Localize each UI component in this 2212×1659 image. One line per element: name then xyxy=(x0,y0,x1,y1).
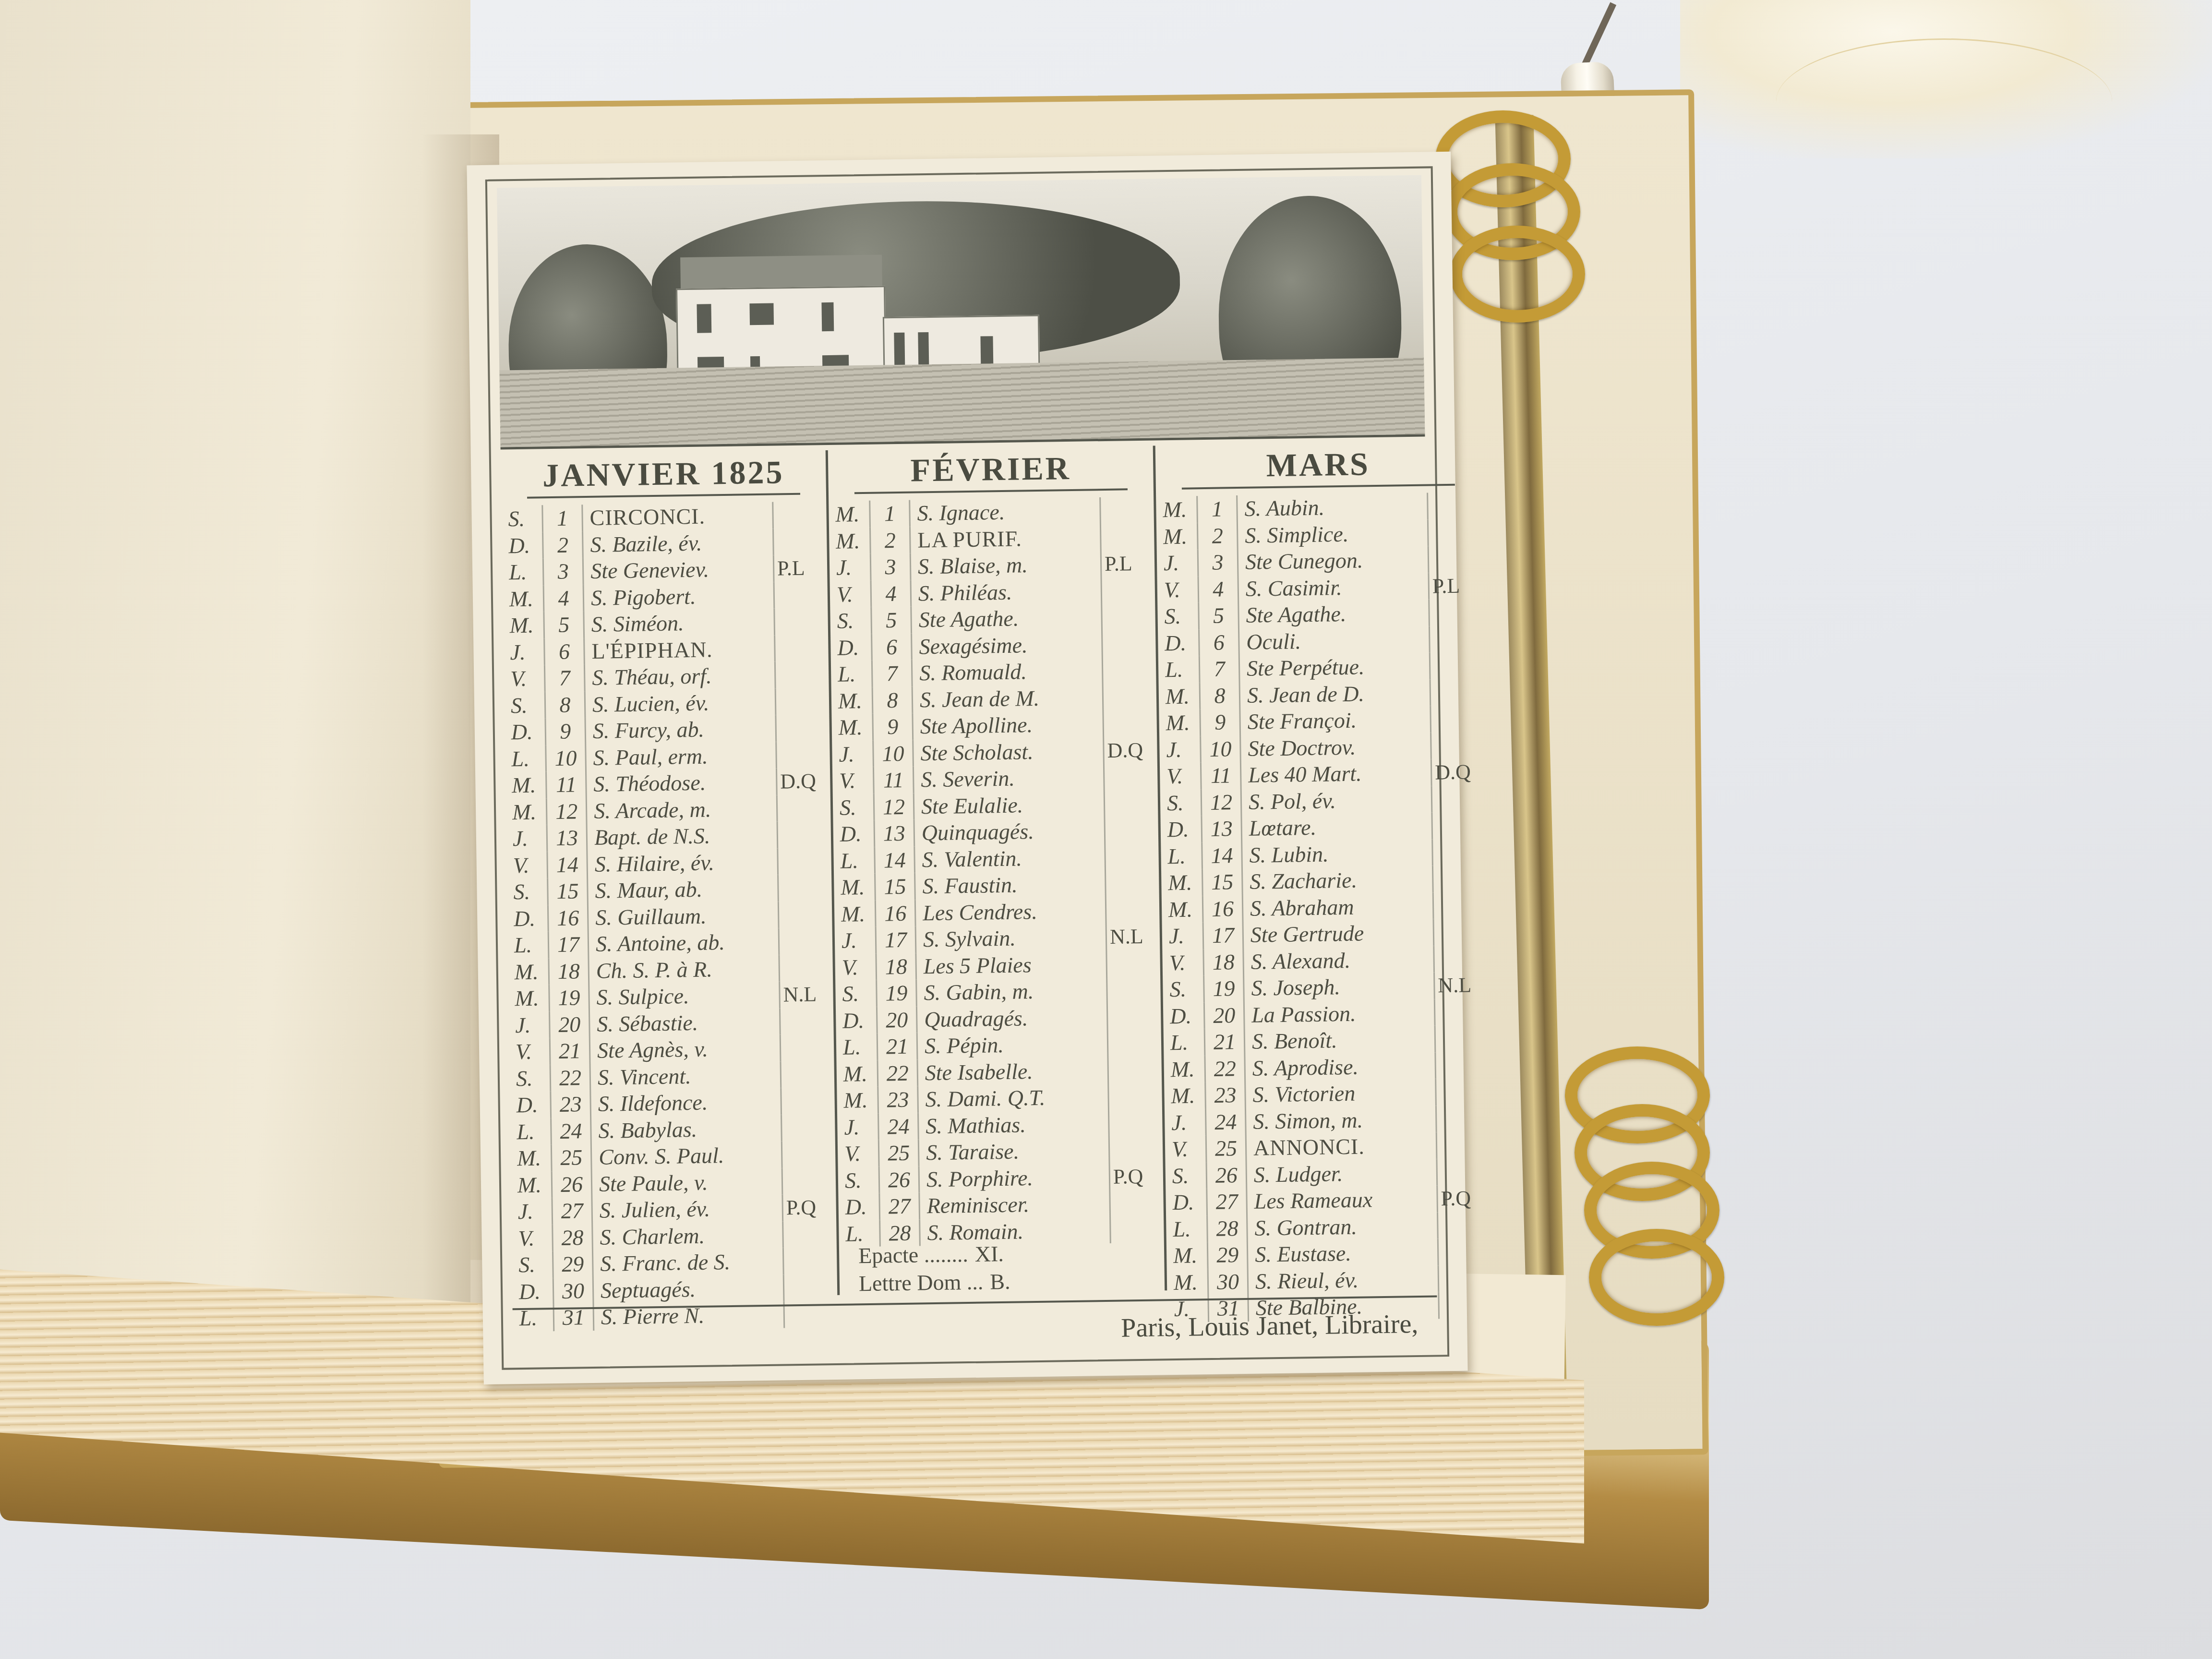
saint-name: S. Eustase. xyxy=(1248,1238,1439,1268)
moon-phase xyxy=(1102,603,1149,631)
epacte-note: Epacte ........XI. xyxy=(858,1240,1010,1270)
note-label: Epacte ........ xyxy=(858,1242,968,1268)
day-row: J.27S. Julien, év.P.Q xyxy=(517,1194,829,1225)
day-row: D.6Oculi. xyxy=(1165,625,1477,657)
day-number: 22 xyxy=(877,1059,918,1087)
weekday-letter: L. xyxy=(514,931,548,958)
saint-name: S. Paul, erm. xyxy=(586,742,777,771)
saint-name: CIRCONCI. xyxy=(583,502,774,531)
moon-phase xyxy=(775,608,821,635)
weekday-letter: D. xyxy=(837,634,871,661)
day-row: S.5Ste Agathe. xyxy=(1164,599,1476,630)
saint-name: S. Babylas. xyxy=(591,1115,782,1144)
day-row: M.9Ste Apolline. xyxy=(838,710,1150,741)
weekday-letter: M. xyxy=(509,612,543,638)
weekday-letter: L. xyxy=(517,1118,551,1145)
weekday-letter: V. xyxy=(1164,576,1198,603)
day-number: 11 xyxy=(873,767,914,794)
moon-phase xyxy=(1439,1265,1486,1292)
moon-phase: P.L xyxy=(774,554,821,582)
day-row: V.4S. Casimir.P.L xyxy=(1164,572,1476,603)
moon-phase xyxy=(776,688,823,715)
moon-phase xyxy=(778,821,825,848)
day-row: S.29S. Franc. de S. xyxy=(518,1247,830,1278)
saint-name: Ste Gertrude xyxy=(1244,919,1435,948)
saint-name: S. Franc. de S. xyxy=(593,1248,784,1277)
engraving-roof xyxy=(680,254,882,291)
moon-phase xyxy=(1436,1025,1482,1052)
moon-phase xyxy=(1431,679,1478,706)
weekday-letter: J. xyxy=(515,1011,549,1038)
moon-phase xyxy=(776,661,822,688)
saint-name: Ste Agathe. xyxy=(912,604,1103,633)
weekday-letter: V. xyxy=(1169,949,1203,976)
day-row: J.10Ste Scholast.D.Q xyxy=(839,736,1151,768)
moon-phase xyxy=(1111,1216,1157,1243)
day-number: 28 xyxy=(552,1224,593,1251)
day-row: J.13Bapt. de N.S. xyxy=(513,821,825,852)
moon-phase xyxy=(1437,1105,1483,1132)
day-number: 9 xyxy=(872,713,914,741)
day-number: 17 xyxy=(1202,922,1244,949)
day-row: D.27Reminiscer. xyxy=(845,1190,1157,1221)
weekday-letter: M. xyxy=(841,900,875,927)
day-number: 17 xyxy=(875,926,917,954)
weekday-letter: J. xyxy=(1171,1109,1205,1136)
saint-name: S. Severin. xyxy=(914,764,1105,793)
moon-phase xyxy=(1110,1136,1156,1164)
weekday-letter: J. xyxy=(1169,922,1203,949)
moon-phase: P.L xyxy=(1102,550,1148,577)
day-number: 25 xyxy=(878,1139,920,1166)
weekday-letter: S. xyxy=(845,1166,879,1193)
day-number: 22 xyxy=(550,1064,591,1092)
day-row: M.5S. Siméon. xyxy=(509,608,821,639)
moon-phase xyxy=(1431,732,1478,759)
moon-phase xyxy=(1430,599,1476,626)
weekday-letter: S. xyxy=(840,793,874,820)
weekday-letter: S. xyxy=(1172,1162,1206,1189)
weekday-letter: D. xyxy=(519,1278,553,1305)
saint-name: S. Abraham xyxy=(1243,892,1434,922)
saint-name: S. Jean de D. xyxy=(1240,679,1431,709)
day-number: 23 xyxy=(550,1091,591,1118)
day-number: 14 xyxy=(1201,842,1243,869)
weekday-letter: M. xyxy=(517,1171,552,1198)
day-row: L.10S. Paul, erm. xyxy=(511,741,823,772)
weekday-letter: D. xyxy=(845,1193,879,1220)
saint-name: Les Cendres. xyxy=(916,897,1107,926)
day-number: 27 xyxy=(551,1197,593,1225)
saint-name: Reminiscer. xyxy=(920,1190,1111,1219)
day-row: M.29S. Eustase. xyxy=(1173,1238,1485,1269)
saint-name: S. Simplice. xyxy=(1238,519,1429,549)
day-row: S.26S. Porphire.P.Q xyxy=(845,1163,1157,1194)
day-row: D.13Quinquagés. xyxy=(840,817,1152,848)
saint-name: S. Aubin. xyxy=(1238,493,1429,522)
day-number: 18 xyxy=(548,958,589,985)
day-number: 11 xyxy=(1200,762,1242,789)
day-number: 6 xyxy=(871,633,913,661)
saint-name: Les 5 Plaies xyxy=(916,950,1107,979)
moon-phase xyxy=(777,741,823,769)
saint-name: Bapt. de N.S. xyxy=(588,822,779,851)
day-row: M.15S. Faustin. xyxy=(841,870,1153,901)
saint-name: Septuagés. xyxy=(594,1274,785,1304)
moon-phase xyxy=(1428,492,1475,519)
moon-phase xyxy=(775,581,821,609)
moon-phase xyxy=(1109,1083,1155,1110)
moon-phase: D.Q xyxy=(1432,758,1479,786)
moon-phase xyxy=(1436,1078,1483,1106)
weekday-letter: L. xyxy=(511,745,545,772)
day-number: 4 xyxy=(543,585,585,612)
month-january: JANVIER 1825 S.1CIRCONCI.D.2S. Bazile, é… xyxy=(501,450,840,1299)
day-rows: S.1CIRCONCI.D.2S. Bazile, év.L.3Ste Gene… xyxy=(508,501,831,1331)
day-number: 12 xyxy=(546,798,588,825)
moon-phase: N.L xyxy=(1435,972,1481,999)
day-row: M.1S. Ignace. xyxy=(835,497,1147,528)
saint-name: S. Romuald. xyxy=(913,657,1104,686)
moon-phase: P.L xyxy=(1429,572,1476,600)
day-number: 18 xyxy=(1202,948,1244,975)
day-number: 12 xyxy=(1201,789,1242,816)
day-row: D.13Lœtare. xyxy=(1167,812,1479,843)
weekday-letter: J. xyxy=(517,1198,552,1225)
day-number: 3 xyxy=(1197,549,1239,576)
day-row: M.11S. Théodose.D.Q xyxy=(512,768,824,799)
day-row: L.21S. Benoît. xyxy=(1170,1025,1482,1056)
moon-phase xyxy=(780,927,826,955)
day-row: M.1S. Aubin. xyxy=(1163,492,1475,523)
day-number: 20 xyxy=(549,1011,590,1038)
moon-phase xyxy=(1437,1131,1484,1159)
day-number: 7 xyxy=(871,660,913,687)
saint-name: S. Siméon. xyxy=(584,609,775,638)
weekday-letter: D. xyxy=(1172,1189,1206,1215)
moon-phase xyxy=(1432,812,1479,839)
weekday-letter: D. xyxy=(514,905,548,932)
day-number: 27 xyxy=(1206,1188,1248,1215)
day-number: 19 xyxy=(1203,975,1245,1002)
weekday-letter: S. xyxy=(1164,602,1198,629)
moon-phase xyxy=(1433,839,1479,866)
day-number: 5 xyxy=(543,611,585,638)
moon-phase xyxy=(1106,843,1152,870)
day-number: 4 xyxy=(1197,576,1239,603)
day-number: 25 xyxy=(1205,1135,1247,1162)
day-number: 6 xyxy=(543,638,585,665)
moon-phase: N.L xyxy=(1107,923,1154,950)
day-number: 21 xyxy=(877,1033,918,1060)
day-row: V.18Les 5 Plaies xyxy=(842,950,1154,981)
day-row: M.16S. Abraham xyxy=(1168,892,1480,923)
saint-name: S. Arcade, m. xyxy=(587,795,778,824)
day-number: 19 xyxy=(548,984,590,1011)
weekday-letter: V. xyxy=(518,1225,552,1251)
engraving-meadow xyxy=(499,358,1425,447)
day-row: L.7Ste Perpétue. xyxy=(1165,652,1477,683)
saint-name: L'ÉPIPHAN. xyxy=(585,635,776,664)
weekday-letter: M. xyxy=(1163,523,1197,550)
moon-phase xyxy=(1439,1238,1485,1265)
day-number: 1 xyxy=(541,505,583,532)
saint-name: S. Sébastie. xyxy=(590,1008,781,1037)
day-rows: M.1S. Ignace.M.2LA PURIF.J.3S. Blaise, m… xyxy=(835,497,1157,1247)
calendar-leaf[interactable]: JANVIER 1825 S.1CIRCONCI.D.2S. Bazile, é… xyxy=(467,152,1467,1384)
day-row: J.3S. Blaise, m.P.L xyxy=(836,550,1148,581)
day-row: D.23S. Ildefonce. xyxy=(516,1087,828,1118)
saint-name: S. Hilaire, év. xyxy=(588,848,779,878)
weekday-letter: M. xyxy=(1170,1056,1204,1082)
computus-notes: Epacte ........XI. Lettre Dom ...B. xyxy=(858,1240,1010,1298)
moon-phase xyxy=(779,874,825,902)
weekday-letter: L. xyxy=(1165,656,1199,683)
day-row: M.25Conv. S. Paul. xyxy=(517,1141,829,1172)
day-row: S.5Ste Agathe. xyxy=(837,603,1149,635)
moon-phase xyxy=(781,1087,828,1115)
day-number: 27 xyxy=(878,1192,920,1220)
saint-name: S. Casimir. xyxy=(1238,573,1430,602)
moon-phase xyxy=(1103,657,1150,684)
saint-name: S. Valentin. xyxy=(915,843,1106,873)
moon-phase xyxy=(1108,1056,1155,1083)
saint-name: S. Victorien xyxy=(1246,1079,1437,1108)
weekday-letter: M. xyxy=(1173,1242,1207,1269)
weekday-letter: D. xyxy=(840,820,874,847)
weekday-letter: M. xyxy=(838,714,872,741)
saint-name: S. Joseph. xyxy=(1244,972,1435,1001)
saint-name: S. Simon, m. xyxy=(1246,1106,1437,1135)
weekday-letter: D. xyxy=(516,1091,550,1118)
saint-name: Ste Perpétue. xyxy=(1240,653,1431,682)
saint-name: LA PURIF. xyxy=(911,524,1102,553)
saint-name: S. Philéas. xyxy=(912,577,1103,607)
weekday-letter: S. xyxy=(1167,789,1201,816)
saint-name: Quadragés. xyxy=(917,1003,1108,1033)
dominical-letter-note: Lettre Dom ...B. xyxy=(859,1268,1010,1298)
day-number: 15 xyxy=(547,878,589,905)
day-row: L.28S. Gontran. xyxy=(1173,1212,1485,1243)
saint-name: S. Sylvain. xyxy=(916,924,1107,953)
saint-name: Les Rameaux xyxy=(1247,1185,1438,1214)
weekday-letter: D. xyxy=(1165,629,1199,656)
moon-phase xyxy=(781,1061,828,1088)
day-row: V.14S. Hilaire, év. xyxy=(513,848,825,879)
blank-left-page[interactable] xyxy=(0,0,470,1421)
saint-name: S. Vincent. xyxy=(591,1061,782,1091)
moon-phase xyxy=(1109,1109,1156,1137)
saint-name: S. Pépin. xyxy=(918,1030,1109,1059)
day-number: 7 xyxy=(544,664,586,692)
day-row: D.27Les RameauxP.Q xyxy=(1172,1185,1484,1216)
moon-phase xyxy=(778,848,825,875)
day-row: M.2LA PURIF. xyxy=(836,523,1148,554)
saint-name: S. Gabin, m. xyxy=(917,977,1108,1006)
day-row: L.24S. Babylas. xyxy=(517,1114,829,1145)
weekday-letter: J. xyxy=(1166,736,1200,763)
moon-phase xyxy=(779,901,826,928)
day-row: M.18Ch. S. P. à R. xyxy=(514,954,826,986)
day-number: 13 xyxy=(546,824,588,852)
month-march: MARS M.1S. Aubin.M.2S. Simplice.J.3Ste C… xyxy=(1155,441,1492,1290)
day-number: 30 xyxy=(553,1277,594,1304)
day-row: S.19S. Gabin, m. xyxy=(842,976,1154,1008)
day-row: M.4S. Pigobert. xyxy=(509,581,821,613)
saint-name: S. Maur, ab. xyxy=(588,875,779,904)
moon-phase xyxy=(780,954,826,982)
saint-name: La Passion. xyxy=(1245,999,1436,1028)
saint-name: S. Porphire. xyxy=(920,1163,1111,1192)
moon-phase: D.Q xyxy=(1104,736,1151,764)
day-row: D.30Septuagés. xyxy=(519,1274,831,1305)
moon-phase xyxy=(783,1221,830,1248)
moon-phase xyxy=(1108,1030,1155,1057)
day-row: M.23S. Victorien xyxy=(1171,1078,1483,1109)
day-row: D.20Quadragés. xyxy=(842,1003,1154,1034)
day-number: 13 xyxy=(1201,815,1242,842)
day-row: D.6Sexagésime. xyxy=(837,630,1149,661)
saint-name: S. Guillaum. xyxy=(589,902,780,931)
weekday-letter: S. xyxy=(842,980,876,1007)
day-number: 10 xyxy=(1200,735,1241,763)
day-number: 16 xyxy=(547,904,589,932)
weekday-letter: L. xyxy=(843,1034,877,1060)
moon-phase xyxy=(1436,1052,1482,1079)
moon-phase: P.Q xyxy=(783,1194,829,1221)
moon-phase xyxy=(1105,763,1151,791)
day-number: 8 xyxy=(544,691,586,719)
moon-phase xyxy=(1434,918,1480,946)
saint-name: Ste Agathe. xyxy=(1239,600,1430,629)
weekday-letter: J. xyxy=(836,554,870,581)
moon-phase xyxy=(1104,710,1150,737)
day-number: 28 xyxy=(1206,1214,1248,1242)
moon-phase xyxy=(1429,519,1475,546)
day-number: 4 xyxy=(870,580,912,607)
binding-ring-top-3 xyxy=(1450,226,1585,323)
day-number: 24 xyxy=(550,1118,592,1145)
day-number: 5 xyxy=(870,607,912,634)
saint-name: S. Charlem. xyxy=(593,1221,784,1250)
calendar-border: JANVIER 1825 S.1CIRCONCI.D.2S. Bazile, é… xyxy=(485,166,1449,1370)
note-value: B. xyxy=(990,1268,1010,1296)
day-number: 2 xyxy=(1197,522,1238,550)
day-row: L.14S. Lubin. xyxy=(1167,839,1479,870)
saint-name: Ch. S. P. à R. xyxy=(589,955,780,984)
month-february: FÉVRIER M.1S. Ignace.M.2LA PURIF.J.3S. B… xyxy=(828,445,1167,1295)
day-number: 1 xyxy=(869,500,911,528)
weekday-letter: L. xyxy=(1173,1215,1207,1242)
day-row: M.12S. Arcade, m. xyxy=(512,794,824,826)
day-number: 20 xyxy=(876,1006,918,1034)
weekday-letter: S. xyxy=(837,607,871,634)
saint-name: S. Aprodise. xyxy=(1245,1052,1436,1082)
day-number: 16 xyxy=(1202,895,1244,923)
day-number: 10 xyxy=(545,745,587,772)
saint-name: Sexagésime. xyxy=(912,631,1103,660)
day-row: J.24S. Mathias. xyxy=(844,1109,1156,1141)
saint-name: S. Jean de M. xyxy=(913,684,1104,713)
weekday-letter: L. xyxy=(840,847,874,874)
weekday-letter: V. xyxy=(1172,1135,1206,1162)
weekday-letter: D. xyxy=(511,718,545,745)
day-number: 8 xyxy=(872,686,914,714)
moon-phase xyxy=(1101,497,1147,524)
weekday-letter: M. xyxy=(835,501,869,528)
saint-name: Lœtare. xyxy=(1242,812,1433,842)
day-number: 7 xyxy=(1199,655,1240,683)
saint-name: S. Ignace. xyxy=(910,497,1101,527)
saint-name: S. Dami. Q.T. xyxy=(918,1083,1109,1113)
moon-phase xyxy=(1429,545,1476,573)
weekday-letter: L. xyxy=(1167,842,1202,869)
moon-phase xyxy=(1431,652,1477,679)
weekday-letter: V. xyxy=(1166,762,1201,789)
weekday-letter: D. xyxy=(842,1007,877,1034)
saint-name: S. Julien, év. xyxy=(592,1194,783,1224)
months-table: JANVIER 1825 S.1CIRCONCI.D.2S. Bazile, é… xyxy=(501,442,1437,1300)
day-row: L.21S. Pépin. xyxy=(843,1030,1155,1061)
weekday-letter: V. xyxy=(844,1140,878,1167)
weekday-letter: S. xyxy=(1169,975,1203,1002)
saint-name: S. Mathias. xyxy=(919,1110,1110,1139)
moon-phase: N.L xyxy=(780,981,827,1008)
day-number: 9 xyxy=(1199,709,1241,736)
day-number: 3 xyxy=(542,558,584,585)
weekday-letter: V. xyxy=(510,665,544,692)
day-row: S.15S. Maur, ab. xyxy=(513,874,825,905)
weekday-letter: M. xyxy=(1168,896,1202,923)
saint-name: Ste Agnès, v. xyxy=(590,1034,781,1064)
saint-name: S. Furcy, ab. xyxy=(586,715,777,745)
day-number: 29 xyxy=(1207,1241,1249,1269)
moon-phase xyxy=(784,1274,831,1301)
day-row: S.22S. Vincent. xyxy=(516,1061,828,1092)
saint-name: Ste Apolline. xyxy=(913,710,1104,740)
tassel-thread xyxy=(1776,38,2112,165)
day-row: L.17S. Antoine, ab. xyxy=(514,927,826,959)
moon-phase xyxy=(1104,683,1150,710)
day-row: S.26S. Ludger. xyxy=(1172,1158,1484,1190)
saint-name: S. Taraise. xyxy=(919,1137,1110,1166)
day-row: V.4S. Philéas. xyxy=(837,577,1149,608)
day-number: 29 xyxy=(552,1250,594,1278)
day-number: 14 xyxy=(546,851,588,878)
weekday-letter: M. xyxy=(1174,1269,1208,1296)
day-row: M.8S. Jean de M. xyxy=(838,683,1150,714)
day-row: M.2S. Simplice. xyxy=(1163,519,1475,550)
day-number: 21 xyxy=(549,1037,591,1065)
moon-phase xyxy=(1105,817,1152,844)
day-row: L.3Ste Geneviev.P.L xyxy=(509,554,821,586)
day-row: V.18S. Alexand. xyxy=(1169,945,1481,976)
moon-phase: P.Q xyxy=(1438,1185,1484,1212)
day-number: 19 xyxy=(876,980,917,1007)
day-number: 21 xyxy=(1204,1028,1246,1056)
saint-name: Quinquagés. xyxy=(914,817,1106,846)
month-title: JANVIER 1825 xyxy=(527,451,800,499)
day-number: 13 xyxy=(873,820,915,847)
weekday-letter: M. xyxy=(1163,496,1197,523)
month-title: MARS xyxy=(1181,442,1455,490)
moon-phase xyxy=(1438,1212,1485,1239)
weekday-letter: J. xyxy=(1164,549,1198,576)
saint-name: S. Pol, év. xyxy=(1242,786,1433,815)
weekday-letter: J. xyxy=(510,638,544,665)
day-row: S.12S. Pol, év. xyxy=(1167,785,1479,817)
day-row: S.1CIRCONCI. xyxy=(508,501,820,532)
